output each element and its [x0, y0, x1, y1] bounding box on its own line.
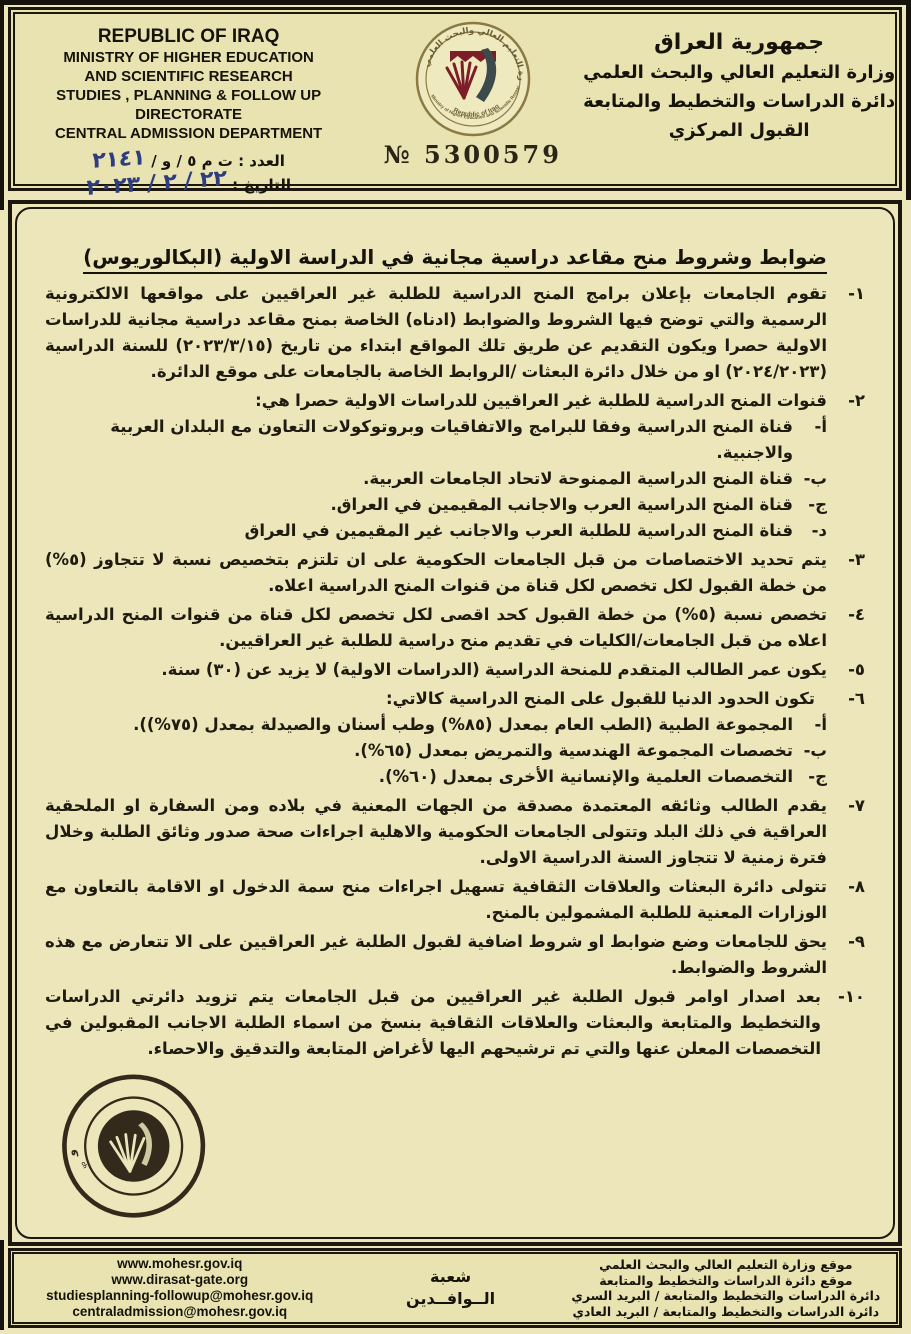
arabic-line: دائرة الدراسات والتخطيط والمتابعة — [579, 87, 899, 116]
footer-email: studiesplanning-followup@mohesr.gov.iq — [11, 1288, 348, 1304]
subclause-letter: د- — [801, 518, 827, 544]
subclause: د- قناة المنح الدراسية للطلبة العرب والا… — [45, 518, 827, 544]
clause-number: ٢- — [833, 388, 865, 414]
clause-3: ٣- يتم تحديد الاختصاصات من قبل الجامعات … — [45, 547, 865, 599]
clause-10: ١٠- بعد اصدار اوامر قبول الطلبة غير العر… — [45, 984, 865, 1062]
clause-number: ٣- — [833, 547, 865, 599]
subclause: أ- المجموعة الطبية (الطب العام بمعدل (٨٥… — [45, 712, 827, 738]
clause-2: ٢- قنوات المنح الدراسية للطلبة غير العرا… — [45, 388, 865, 414]
subclause: ب- قناة المنح الدراسية الممنوحة لاتحاد ا… — [45, 466, 827, 492]
clause-8: ٨- تتولى دائرة البعثات والعلاقات الثقافي… — [45, 874, 865, 926]
scanned-letter-page: REPUBLIC OF IRAQ MINISTRY OF HIGHER EDUC… — [0, 0, 911, 1334]
scan-edge-bottom-left — [0, 1240, 4, 1330]
english-line: AND SCIENTIFIC RESEARCH — [11, 67, 366, 86]
clause-text: يكون عمر الطالب المتقدم للمنحة الدراسية … — [45, 657, 827, 683]
footer-url: www.mohesr.gov.iq — [11, 1256, 348, 1272]
arabic-line: القبول المركزي — [579, 116, 899, 145]
subclause-text: قناة المنح الدراسية الممنوحة لاتحاد الجا… — [45, 466, 793, 492]
english-line: CENTRAL ADMISSION DEPARTMENT — [11, 124, 366, 143]
clause-number: ٧- — [833, 793, 865, 871]
clause-2-subitems: أ- قناة المنح الدراسية وفقا للبرامج والا… — [45, 414, 865, 544]
letterhead: REPUBLIC OF IRAQ MINISTRY OF HIGHER EDUC… — [8, 7, 902, 191]
clause-4: ٤- تخصص نسبة (٥%) من خطة القبول كحد اقصى… — [45, 602, 865, 654]
clause-number: ٥- — [833, 657, 865, 683]
footer-contact-bar: www.mohesr.gov.iq www.dirasat-gate.org s… — [8, 1248, 902, 1328]
date-label: التاريخ : — [232, 176, 291, 194]
subclause: ج- التخصصات العلمية والإنسانية الأخرى بم… — [45, 764, 827, 790]
seal-core — [92, 1105, 175, 1188]
document-body-frame: ضوابط وشروط منح مقاعد دراسية مجانية في ا… — [8, 200, 902, 1246]
clause-1: ١- تقوم الجامعات بإعلان برامج المنح الدر… — [45, 281, 865, 385]
letterhead-center: وزارة التعليم العالي والبحث العلمي Repub… — [366, 10, 579, 169]
clause-6: ٦- تكون الحدود الدنيا للقبول على المنح ا… — [45, 686, 865, 712]
clause-number: ٦- — [821, 686, 865, 712]
arabic-line: جمهورية العراق — [579, 28, 899, 58]
clause-text: بعد اصدار اوامر قبول الطلبة غير العراقيي… — [45, 984, 821, 1062]
clause-9: ٩- يحق للجامعات وضع ضوابط او شروط اضافية… — [45, 929, 865, 981]
date-handwritten-value: ٢٢ / ٢ / ٢٠٢٣ — [86, 170, 227, 198]
document-body: ضوابط وشروط منح مقاعد دراسية مجانية في ا… — [15, 207, 895, 1239]
subclause: ب- تخصصات المجموعة الهندسية والتمريض بمع… — [45, 738, 827, 764]
clause-number: ٩- — [833, 929, 865, 981]
subclause-text: التخصصات العلمية والإنسانية الأخرى بمعدل… — [45, 764, 793, 790]
scan-edge-right — [906, 0, 911, 200]
subclause-text: تخصصات المجموعة الهندسية والتمريض بمعدل … — [45, 738, 793, 764]
clause-number: ١٠- — [827, 984, 865, 1062]
document-title: ضوابط وشروط منح مقاعد دراسية مجانية في ا… — [45, 245, 865, 269]
scan-edge-top — [0, 0, 911, 5]
footer-links-block: www.mohesr.gov.iq www.dirasat-gate.org s… — [11, 1256, 348, 1320]
subclause-letter: أ- — [801, 712, 827, 738]
subclause-letter: ج- — [801, 492, 827, 518]
clause-text: يتم تحديد الاختصاصات من قبل الجامعات الح… — [45, 547, 827, 599]
subclause-letter: ب- — [801, 738, 827, 764]
ref-date-line: التاريخ : ٢٢ / ٢ / ٢٠٢٣ — [11, 173, 366, 197]
clause-number: ٨- — [833, 874, 865, 926]
reference-number-stamp: № 5300579 — [366, 140, 579, 169]
number-handwritten-value: ٢١٤١ — [92, 149, 146, 171]
letterhead-arabic-block: جمهورية العراق وزارة التعليم العالي والب… — [579, 10, 899, 145]
clause-text: يحق للجامعات وضع ضوابط او شروط اضافية لق… — [45, 929, 827, 981]
clause-text: تتولى دائرة البعثات والعلاقات الثقافية ت… — [45, 874, 827, 926]
clause-number: ١- — [833, 281, 865, 385]
clause-number: ٤- — [833, 602, 865, 654]
subclause-letter: أ- — [801, 414, 827, 466]
ink-seal-icon: وزارة التعليم العالي والبحث العلمي Repub… — [47, 1059, 221, 1233]
clause-text: تكون الحدود الدنيا للقبول على المنح الدر… — [45, 686, 815, 712]
ministry-emblem-icon: وزارة التعليم العالي والبحث العلمي Repub… — [412, 18, 534, 140]
footer-directorate-line: دائرة الدراسات والتخطيط والمتابعة / البر… — [553, 1288, 899, 1304]
subclause-letter: ج- — [801, 764, 827, 790]
arabic-line: وزارة التعليم العالي والبحث العلمي — [579, 58, 899, 87]
subclause: أ- قناة المنح الدراسية وفقا للبرامج والا… — [45, 414, 827, 466]
subclause-text: قناة المنح الدراسية العرب والاجانب المقي… — [45, 492, 793, 518]
footer-directorate-line: موقع وزارة التعليم العالي والبحث العلمي — [553, 1257, 899, 1273]
subclause-text: المجموعة الطبية (الطب العام بمعدل (٨٥%) … — [45, 712, 793, 738]
clause-5: ٥- يكون عمر الطالب المتقدم للمنحة الدراس… — [45, 657, 865, 683]
letterhead-english-block: REPUBLIC OF IRAQ MINISTRY OF HIGHER EDUC… — [11, 10, 366, 197]
footer-url: www.dirasat-gate.org — [11, 1272, 348, 1288]
subclause-text: قناة المنح الدراسية وفقا للبرامج والاتفا… — [45, 414, 793, 466]
footer-section-block: شعبة الــوافــدين — [348, 1266, 552, 1310]
clause-text: قنوات المنح الدراسية للطلبة غير العراقيي… — [45, 388, 827, 414]
english-line: STUDIES , PLANNING & FOLLOW UP DIRECTORA… — [11, 86, 366, 124]
clause-7: ٧- يقدم الطالب وثائقه المعتمدة مصدقة من … — [45, 793, 865, 871]
clause-text: تخصص نسبة (٥%) من خطة القبول كحد اقصى لك… — [45, 602, 827, 654]
footer-directorate-line: دائرة الدراسات والتخطيط والمتابعة / البر… — [553, 1304, 899, 1320]
clause-6-subitems: أ- المجموعة الطبية (الطب العام بمعدل (٨٥… — [45, 712, 865, 790]
clause-text: يقدم الطالب وثائقه المعتمدة مصدقة من الج… — [45, 793, 827, 871]
scan-edge-left — [0, 0, 4, 210]
footer-email: centraladmission@mohesr.gov.iq — [11, 1304, 348, 1320]
department-ink-seal: وزارة التعليم العالي والبحث العلمي Repub… — [47, 1059, 221, 1237]
subclause-text: قناة المنح الدراسية للطلبة العرب والاجان… — [45, 518, 793, 544]
footer-directorate-line: موقع دائرة الدراسات والتخطيط والمتابعة — [553, 1273, 899, 1289]
footer-directorate-block: موقع وزارة التعليم العالي والبحث العلمي … — [553, 1257, 899, 1319]
footer-section-line: الــوافــدين — [348, 1288, 552, 1310]
english-line: MINISTRY OF HIGHER EDUCATION — [11, 48, 366, 67]
subclause-letter: ب- — [801, 466, 827, 492]
clause-text: تقوم الجامعات بإعلان برامج المنح الدراسي… — [45, 281, 827, 385]
english-line: REPUBLIC OF IRAQ — [11, 26, 366, 48]
footer-section-line: شعبة — [348, 1266, 552, 1288]
subclause: ج- قناة المنح الدراسية العرب والاجانب ال… — [45, 492, 827, 518]
